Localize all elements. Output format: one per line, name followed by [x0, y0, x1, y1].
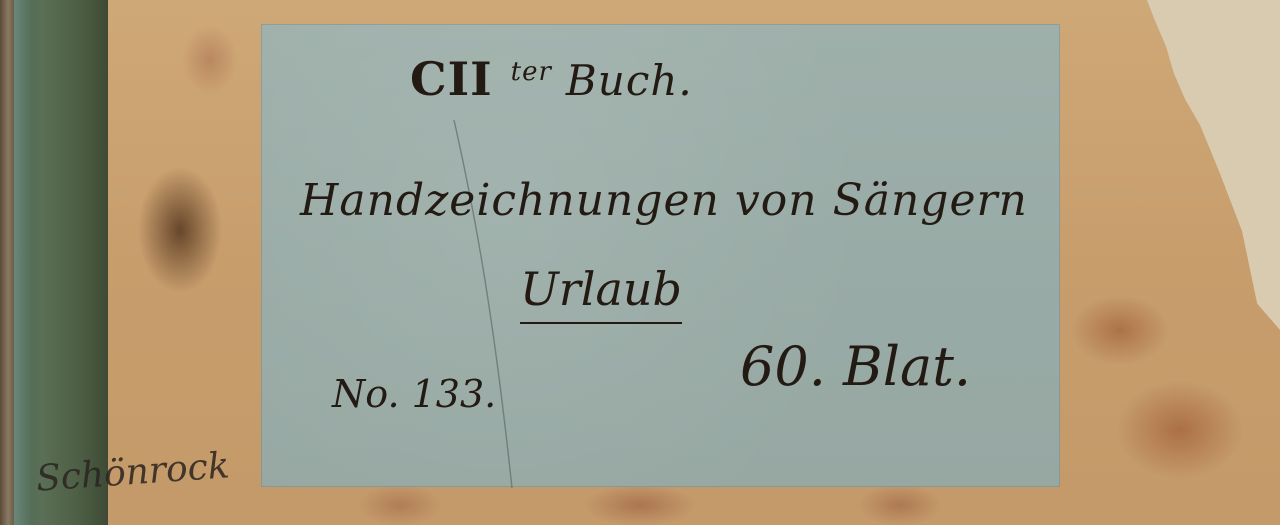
label-subject-line: Handzeichnungen von Sängern [300, 175, 1028, 226]
book-cover: CIIterBuch. Handzeichnungen von Sängern … [0, 0, 1280, 525]
book-word: Buch. [566, 56, 693, 105]
label-title-line: CIIterBuch. [410, 52, 693, 106]
ordinal-suffix: ter [511, 57, 552, 87]
label-number: No. 133. [332, 372, 496, 416]
spine-cloth [14, 0, 108, 525]
label-name-line: Urlaub [520, 262, 682, 324]
volume-roman-numeral: CII [410, 52, 493, 106]
torn-paper-patch [1090, 0, 1280, 330]
label-leaf-count: 60. Blat. [740, 335, 971, 398]
